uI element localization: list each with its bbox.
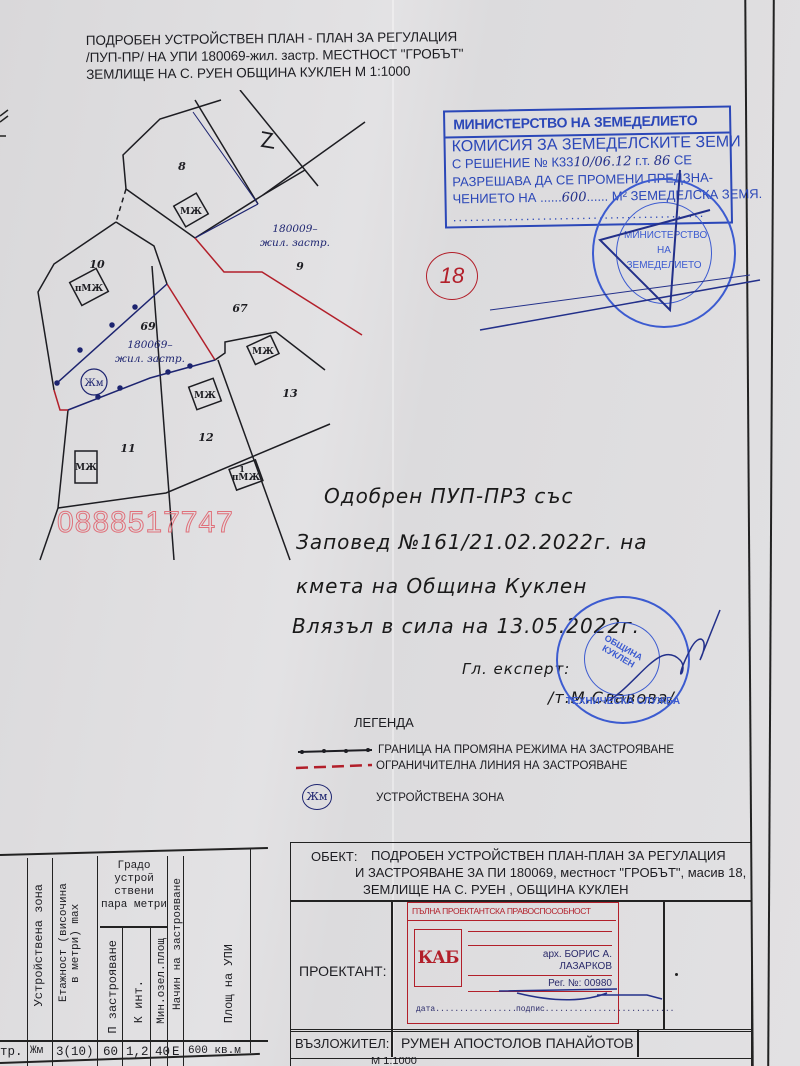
- scale-row: М 1:1000: [290, 1057, 752, 1066]
- ministry-signature: [460, 150, 780, 340]
- svg-text:1: 1: [239, 464, 245, 474]
- svg-text:12: 12: [198, 431, 214, 444]
- params-group-header: Градо устрой ствени пара метри: [100, 860, 168, 912]
- col-plot-area: Площ на УПИ: [222, 944, 236, 1023]
- cell-intensity: 1,2: [126, 1045, 149, 1059]
- object-line-3: ЗЕМЛИЩЕ НА С. РУЕН , ОБЩИНА КУКЛЕН: [363, 882, 629, 897]
- svg-text:67: 67: [232, 302, 248, 315]
- building-label-8: МЖ: [180, 207, 202, 217]
- legend-item-boundary: ГРАНИЦА НА ПРОМЯНА РЕЖИМА НА ЗАСТРОЯВАНЕ: [378, 744, 674, 756]
- cell-build-method: Е: [172, 1045, 180, 1059]
- legend-boundary-symbol: [296, 740, 376, 770]
- client-name: РУМЕН АПОСТОЛОВ ПАНАЙОТОВ: [401, 1035, 634, 1051]
- phone-watermark: 0888517747: [57, 506, 234, 540]
- building-label-10: пМЖ: [75, 284, 104, 294]
- expert-label: Гл. експерт:: [462, 660, 570, 678]
- col-build-method: Начин на застрояване: [172, 878, 184, 1010]
- svg-text:Жм: Жм: [84, 378, 103, 389]
- building-label-11: МЖ: [75, 463, 97, 473]
- col-green-area: Мин.озел.площ: [156, 938, 168, 1024]
- object-line-2: И ЗАСТРОЯВАНЕ ЗА ПИ 180069, местност "ГР…: [355, 865, 746, 880]
- cell-plot-area: 600 кв.м: [188, 1045, 241, 1057]
- col-density: П застрояване: [106, 940, 120, 1034]
- row-label-partial: тр.: [0, 1045, 23, 1059]
- cell-floors: 3(10): [56, 1045, 94, 1059]
- svg-text:11: 11: [120, 442, 135, 455]
- svg-text:10: 10: [89, 258, 105, 271]
- building-label-pmzh: пМЖ: [232, 473, 261, 483]
- document-title: ПОДРОБЕН УСТРОЙСТВЕН ПЛАН - ПЛАН ЗА РЕГУ…: [86, 28, 464, 83]
- legend-item-zone: УСТРОЙСТВЕНА ЗОНА: [376, 792, 504, 804]
- designer-stamp: ПЪЛНА ПРОЕКТАНТСКА ПРАВОСПОСОБНОСТ КАБ а…: [407, 902, 619, 1024]
- designer-name-2: ЛАЗАРКОВ: [559, 961, 612, 972]
- svg-text:13: 13: [282, 387, 298, 400]
- approval-line-2: Заповед №161/21.02.2022г. на: [296, 530, 647, 554]
- designer-box: ПРОЕКТАНТ: ПЪЛНА ПРОЕКТАНТСКА ПРАВОСПОСО…: [290, 900, 752, 1032]
- approval-line-3: кмета на Община Куклен: [296, 574, 587, 598]
- designer-stamp-header: ПЪЛНА ПРОЕКТАНТСКА ПРАВОСПОСОБНОСТ: [412, 906, 591, 916]
- building-label-12: МЖ: [194, 391, 216, 401]
- designer-name-1: арх. БОРИС А.: [543, 949, 612, 960]
- parameters-table: Градо устрой ствени пара метри Устройств…: [0, 848, 268, 1058]
- designer-signature-label: подпис...........................: [516, 1005, 674, 1014]
- legend-title: ЛЕГЕНДА: [354, 715, 414, 730]
- designer-date: дата.................: [416, 1005, 517, 1014]
- cell-density: 60: [103, 1045, 118, 1059]
- title-line-3: ЗЕМЛИЩЕ НА С. РУЕН ОБЩИНА КУКЛЕН М 1:100…: [86, 62, 464, 83]
- cell-zone: Жм: [30, 1045, 43, 1057]
- designer-logo: КАБ: [414, 929, 462, 987]
- col-intensity: К инт.: [132, 980, 146, 1023]
- client-box: ВЪЗЛОЖИТЕЛ: РУМЕН АПОСТОЛОВ ПАНАЙОТОВ: [290, 1029, 752, 1059]
- object-label: ОБЕКТ:: [311, 849, 357, 864]
- designer-signature: [497, 985, 677, 1005]
- col-zone: Устройствена зона: [32, 884, 46, 1006]
- object-line-1: ПОДРОБЕН УСТРОЙСТВЕН ПЛАН-ПЛАН ЗА РЕГУЛА…: [371, 848, 726, 863]
- client-label: ВЪЗЛОЖИТЕЛ:: [295, 1036, 389, 1051]
- scale-partial: М 1:1000: [371, 1057, 417, 1066]
- svg-text:69: 69: [140, 320, 156, 333]
- col-floors: Етажност (височина в метри) max: [58, 878, 94, 1008]
- cell-green-area: 40: [155, 1045, 170, 1059]
- approval-line-1: Одобрен ПУП-ПРЗ със: [324, 484, 573, 508]
- svg-text:жил. застр.: жил. застр.: [260, 237, 330, 249]
- object-box: ОБЕКТ: ПОДРОБЕН УСТРОЙСТВЕН ПЛАН-ПЛАН ЗА…: [290, 842, 752, 902]
- expert-signature: [600, 600, 730, 720]
- svg-text:9: 9: [296, 260, 304, 273]
- legend-zone-badge: Жм: [302, 784, 332, 810]
- svg-text:жил. застр.: жил. застр.: [115, 353, 185, 365]
- svg-text:8: 8: [178, 160, 186, 173]
- svg-text:180009–: 180009–: [272, 223, 317, 235]
- legend-item-restriction: ОГРАНИЧИТЕЛНА ЛИНИЯ НА ЗАСТРОЯВАНЕ: [376, 760, 627, 772]
- svg-text:180069–: 180069–: [127, 339, 172, 351]
- building-label-13: МЖ: [252, 347, 274, 357]
- designer-label: ПРОЕКТАНТ:: [299, 963, 386, 979]
